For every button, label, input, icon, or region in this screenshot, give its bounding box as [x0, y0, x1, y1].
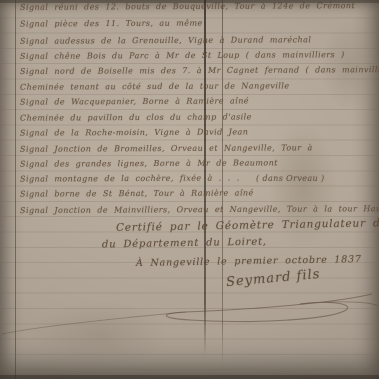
left-margin-line: [15, 0, 16, 379]
manuscript-line: Signal de Wacquepanier, Borne à Ramière …: [20, 96, 249, 106]
manuscript-line: Signal montagne de la cochère, fixée à .…: [20, 173, 240, 183]
manuscript-line: Cheminée du pavillon du clos du champ d'…: [20, 112, 252, 122]
paper-stain: [30, 300, 170, 370]
manuscript-line: Signal borne de St Bénat, Tour à Ramière…: [20, 188, 254, 198]
manuscript-line: Signal Jonction de Bromeilles, Orveau et…: [20, 143, 313, 154]
manuscript-line: Signal Jonction de Mainvilliers, Orveau …: [20, 204, 379, 215]
certificate-statement: Certifié par le Géomètre Triangulateur d…: [116, 216, 379, 234]
manuscript-line: Signal nord de Boiselle mis des 7. à Mr …: [20, 65, 379, 76]
manuscript-line: Cheminée tenant au côté sud de la tour d…: [20, 81, 290, 91]
manuscript-line: Signal pièce des 11. Tours, au même: [20, 19, 203, 29]
marginal-note: ( dans Orveau ): [256, 174, 325, 183]
photo-edge-shadow: [0, 375, 379, 379]
signature: Seymard fils: [226, 267, 321, 290]
photo-edge-shadow: [0, 0, 379, 3]
manuscript-line: Signal chêne Bois du Parc à Mr de St Lou…: [20, 50, 345, 61]
manuscript-line: Signal audessus de la Grenouille, Vigne …: [20, 35, 311, 46]
manuscript-line: Signal des grandes lignes, Borne à Mr de…: [20, 158, 278, 168]
certificate-department: du Département du Loiret,: [102, 237, 267, 251]
manuscript-line: Signal de la Roche-moisin, Vigne à David…: [20, 127, 248, 137]
certificate-date-place: À Nangeville le premier octobre 1837: [136, 254, 362, 269]
manuscript-page: Signal réuni des 12. bouts de Bouquevill…: [0, 0, 379, 379]
